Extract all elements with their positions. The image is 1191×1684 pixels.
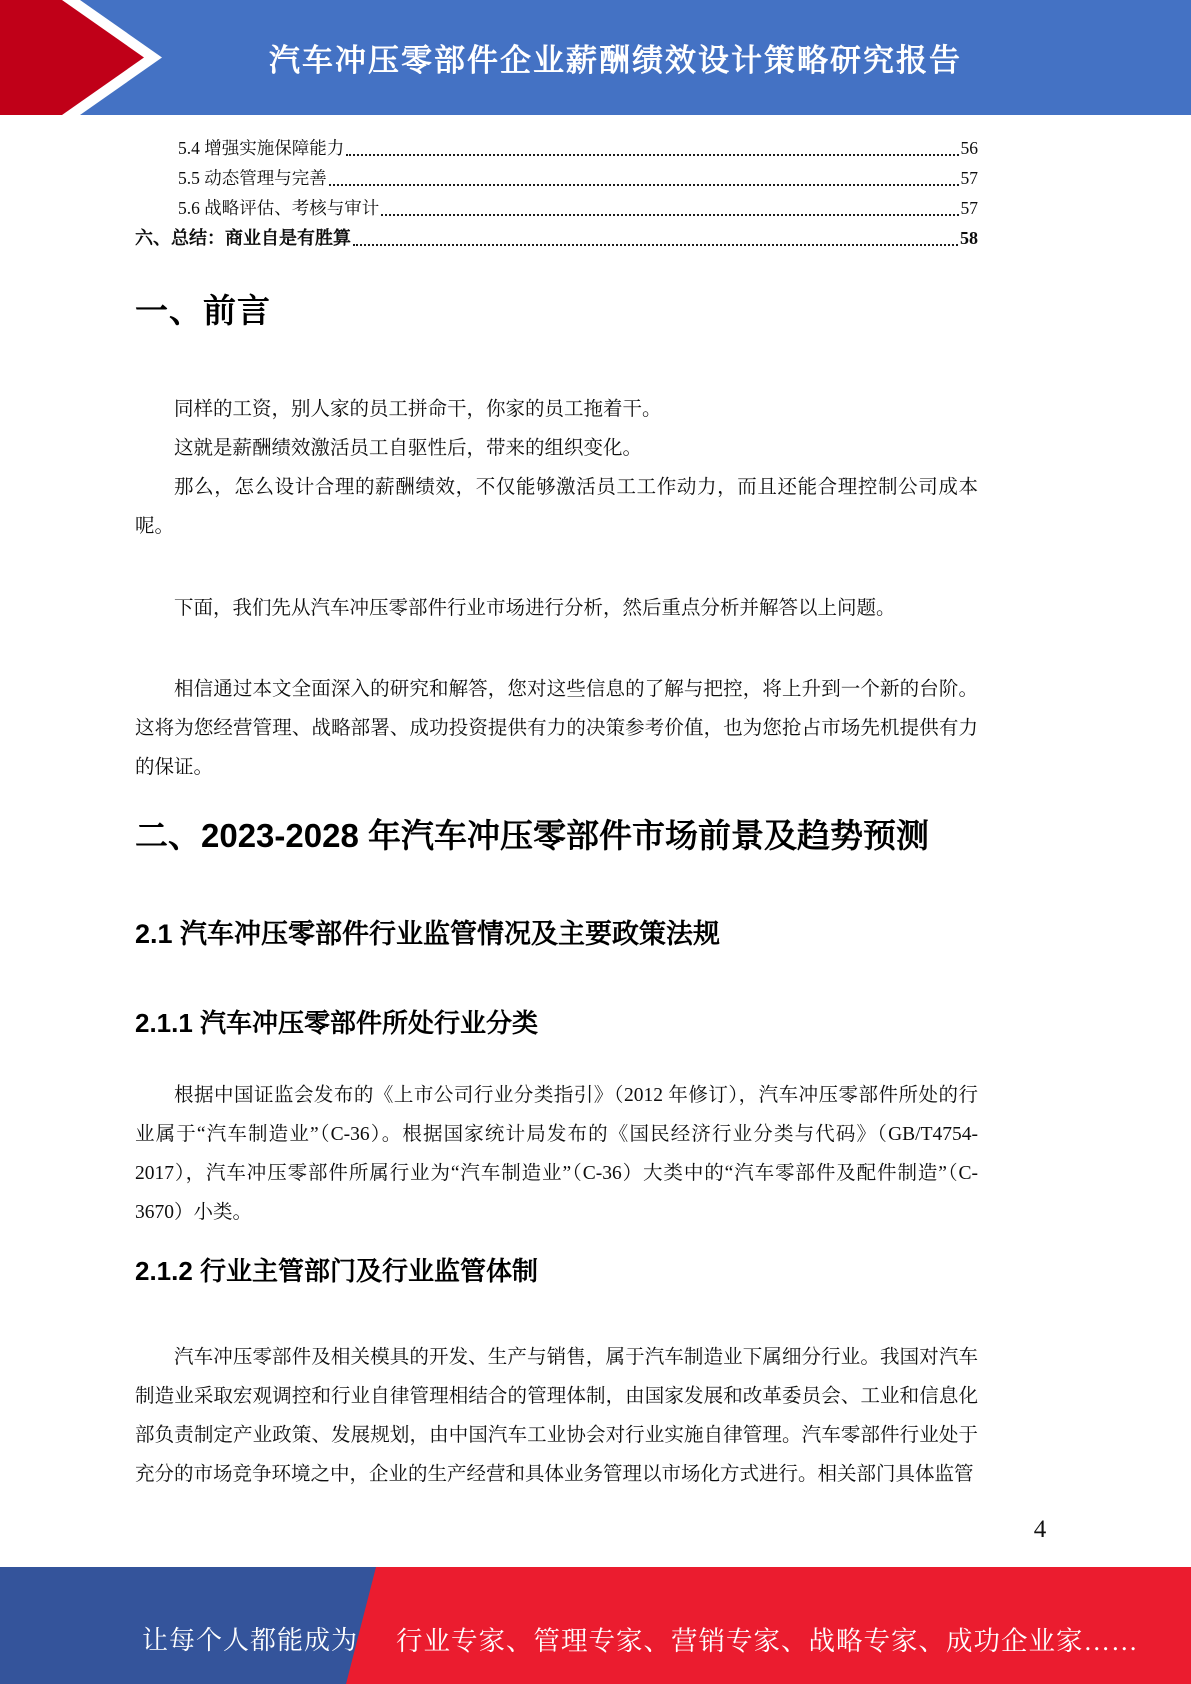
toc-entry[interactable]: 5.6 战略评估、考核与审计 57 [135, 193, 978, 223]
page-number: 4 [1010, 1516, 1070, 1544]
section-heading-market-forecast: 二、2023-2028 年汽车冲压零部件市场前景及趋势预测 [135, 815, 978, 857]
toc-entry-page: 56 [961, 133, 979, 163]
subsection-heading-2-1-1: 2.1.1 汽车冲压零部件所处行业分类 [135, 1006, 978, 1040]
toc-entry[interactable]: 六、总结：商业自是有胜算 58 [135, 223, 978, 253]
paragraph: 同样的工资，别人家的员工拼命干，你家的员工拖着干。 [135, 390, 978, 429]
section-heading-foreword: 一、前言 [135, 290, 978, 332]
toc-entry-label: 5.5 动态管理与完善 [178, 163, 327, 193]
paragraph: 那么，怎么设计合理的薪酬绩效，不仅能够激活员工工作动力，而且还能合理控制公司成本… [135, 468, 978, 546]
toc-dot-leader [381, 214, 958, 216]
footer-slogan-left: 让每个人都能成为 [142, 1620, 358, 1657]
paragraph: 汽车冲压零部件及相关模具的开发、生产与销售，属于汽车制造业下属细分行业。我国对汽… [135, 1338, 978, 1494]
toc-dot-leader [353, 244, 958, 246]
toc-entry-page: 58 [960, 223, 978, 253]
page-body: 5.4 增强实施保障能力 56 5.5 动态管理与完善 57 5.6 战略评估、… [135, 115, 978, 1494]
toc-dot-leader [346, 154, 958, 156]
toc-entry-page: 57 [961, 193, 979, 223]
subsection-heading-2-1: 2.1 汽车冲压零部件行业监管情况及主要政策法规 [135, 916, 978, 952]
page-header: 汽车冲压零部件企业薪酬绩效设计策略研究报告 [0, 0, 1191, 115]
toc-entry[interactable]: 5.5 动态管理与完善 57 [135, 163, 978, 193]
toc-entry-label: 六、总结：商业自是有胜算 [135, 223, 351, 253]
paragraph: 这就是薪酬绩效激活员工自驱性后，带来的组织变化。 [135, 429, 978, 468]
paragraph: 相信通过本文全面深入的研究和解答，您对这些信息的了解与把控，将上升到一个新的台阶… [135, 670, 978, 787]
table-of-contents: 5.4 增强实施保障能力 56 5.5 动态管理与完善 57 5.6 战略评估、… [135, 133, 978, 253]
page-footer: 让每个人都能成为 行业专家、管理专家、营销专家、战略专家、成功企业家…… [0, 1567, 1191, 1684]
document-page: 汽车冲压零部件企业薪酬绩效设计策略研究报告 5.4 增强实施保障能力 56 5.… [0, 0, 1191, 1684]
toc-dot-leader [329, 184, 959, 186]
footer-slogan-right: 行业专家、管理专家、营销专家、战略专家、成功企业家…… [396, 1619, 1139, 1658]
subsection-heading-2-1-2: 2.1.2 行业主管部门及行业监管体制 [135, 1254, 978, 1288]
toc-entry-page: 57 [961, 163, 979, 193]
report-title: 汽车冲压零部件企业薪酬绩效设计策略研究报告 [0, 0, 1191, 115]
toc-entry-label: 5.6 战略评估、考核与审计 [178, 193, 379, 223]
toc-entry[interactable]: 5.4 增强实施保障能力 56 [135, 133, 978, 163]
paragraph: 根据中国证监会发布的《上市公司行业分类指引》（2012 年修订），汽车冲压零部件… [135, 1076, 978, 1232]
paragraph: 下面，我们先从汽车冲压零部件行业市场进行分析，然后重点分析并解答以上问题。 [135, 589, 978, 628]
toc-entry-label: 5.4 增强实施保障能力 [178, 133, 344, 163]
